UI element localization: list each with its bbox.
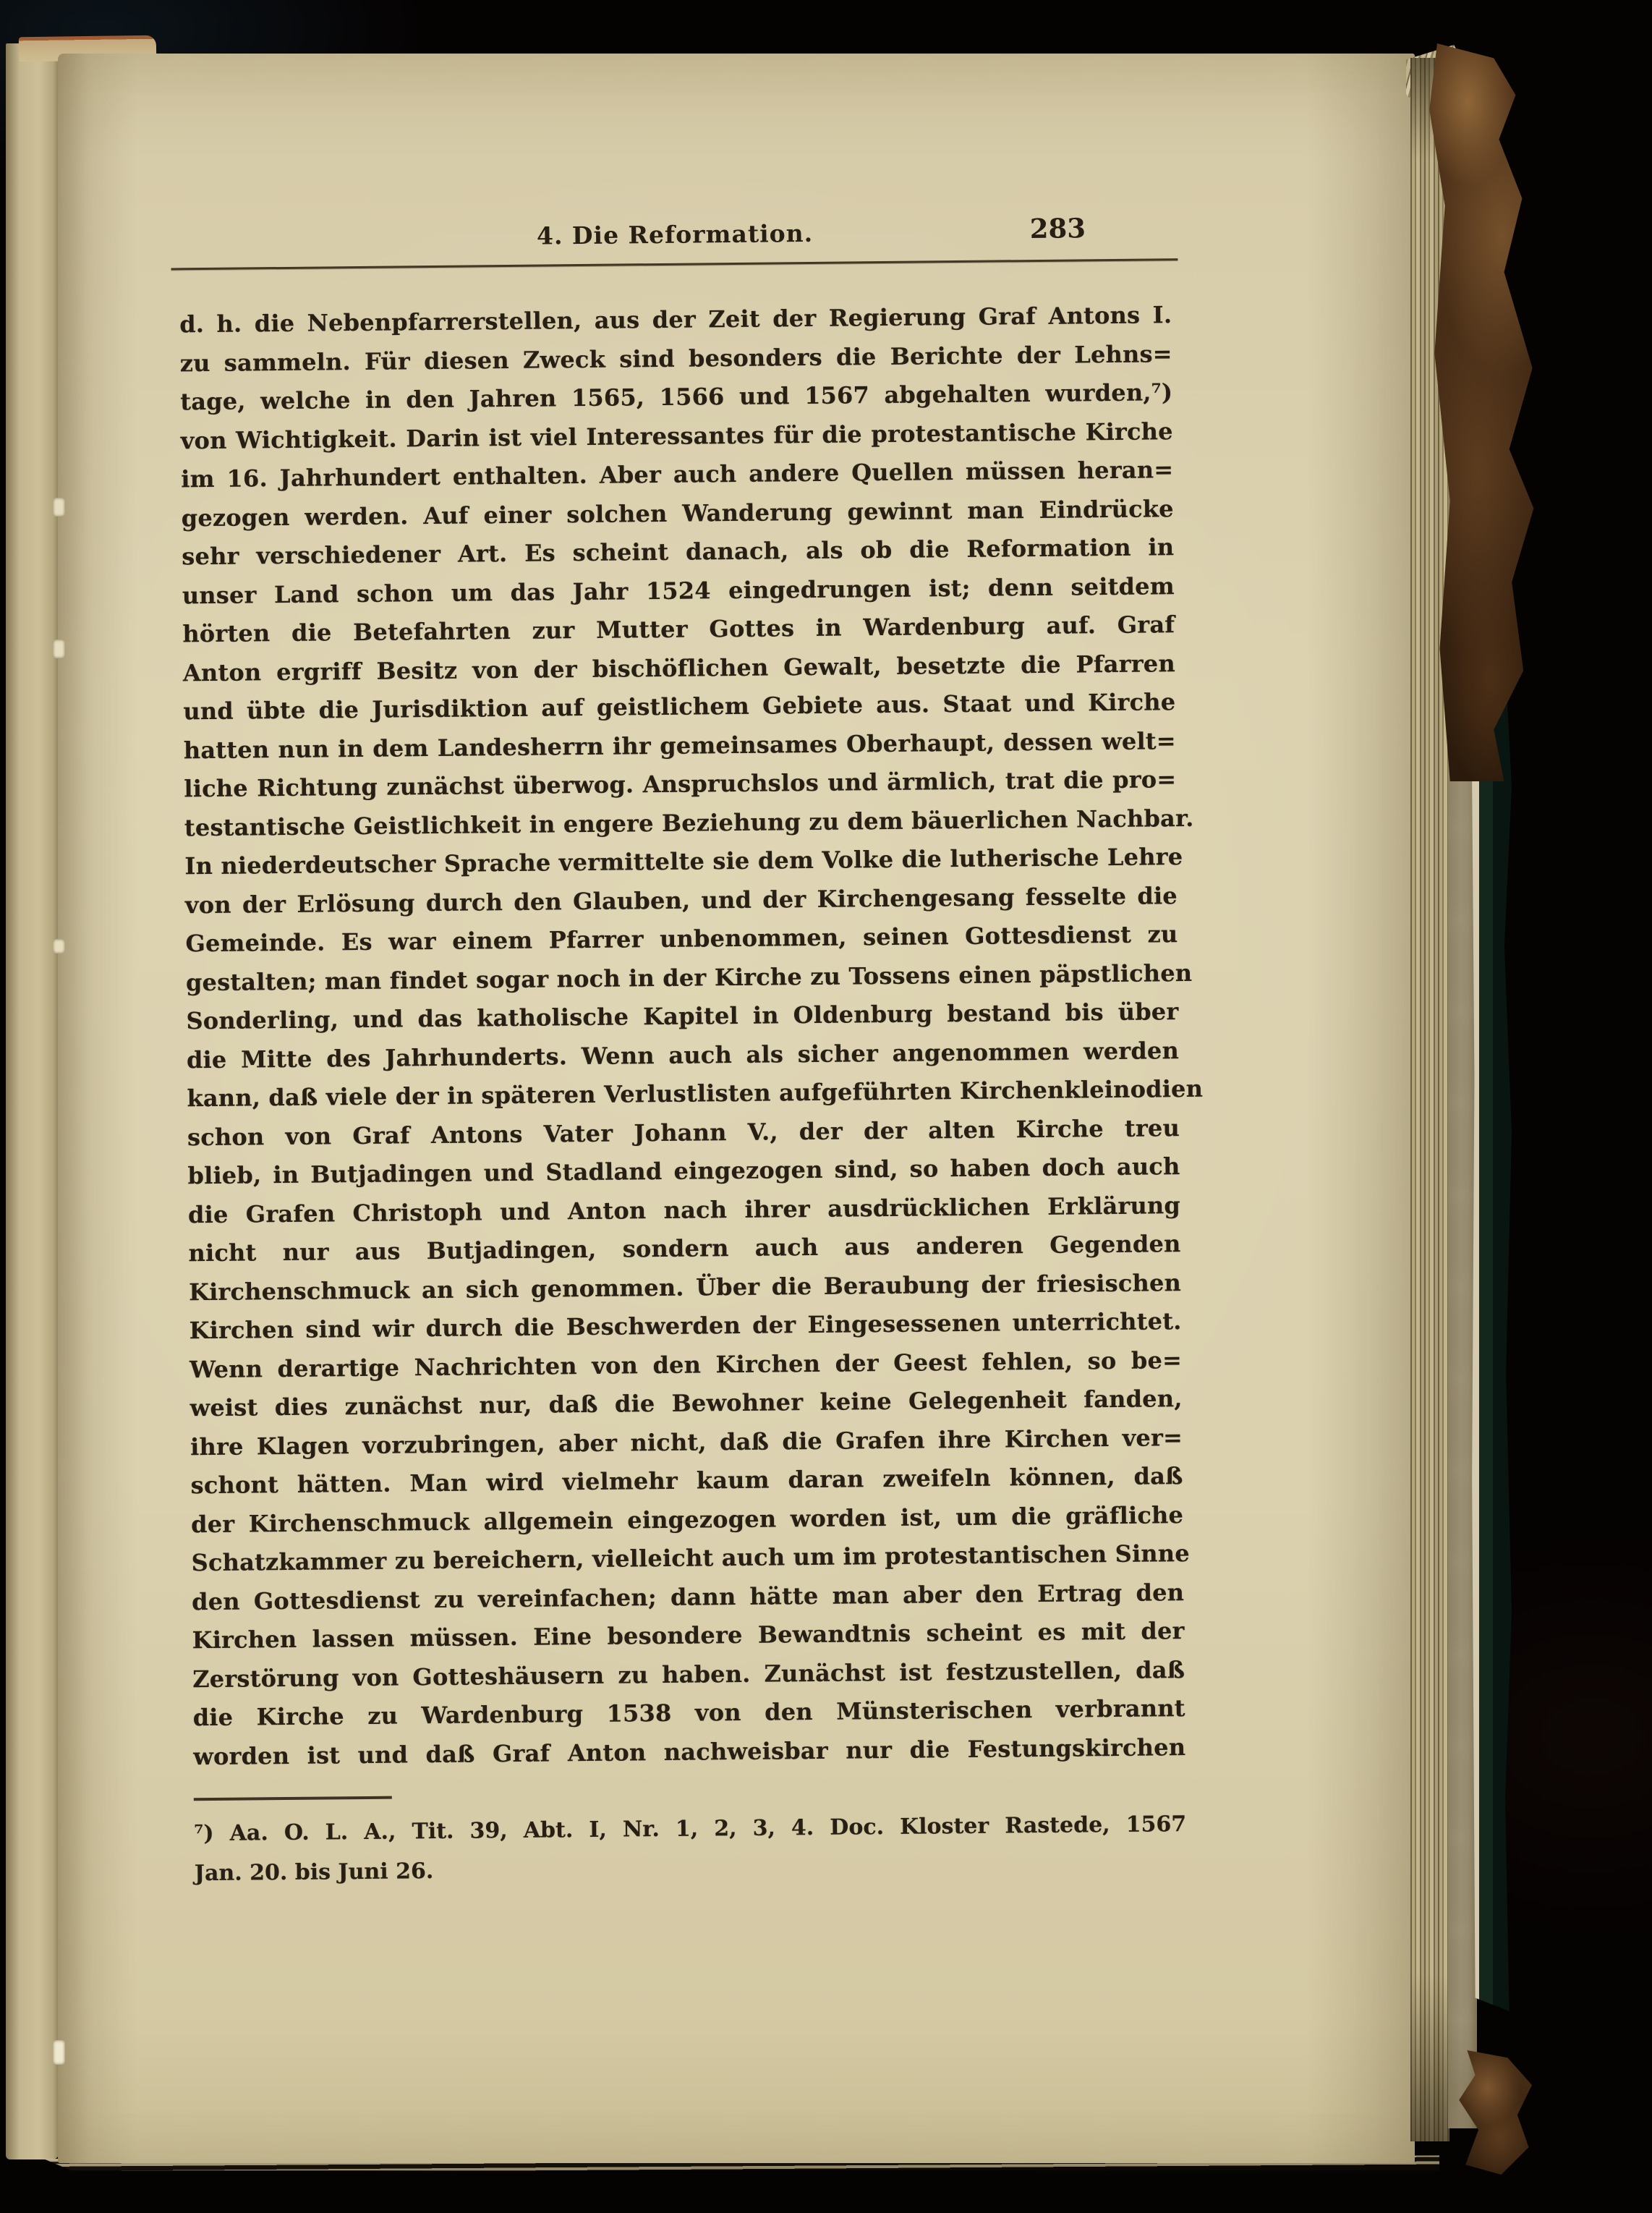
footnote-line: Jan. 20. bis Juni 26.: [195, 1844, 1187, 1893]
page-number: 283: [1030, 212, 1086, 245]
footnote: ⁷) Aa. O. L. A., Tit. 39, Abt. I, Nr. 1,…: [194, 1804, 1187, 1893]
running-head: 4. Die Reformation. 283: [179, 216, 1171, 257]
scanned-book-photo: 4. Die Reformation. 283 d. h. die Nebenp…: [0, 0, 1652, 2213]
binding-stitch: [53, 2040, 65, 2065]
footnote-separator-rule: [194, 1796, 392, 1801]
printed-content: 4. Die Reformation. 283 d. h. die Nebenp…: [49, 47, 1426, 2170]
body-text: d. h. die Nebenpfarrerstellen, aus der Z…: [179, 296, 1185, 1776]
chapter-running-title: 4. Die Reformation.: [179, 216, 1171, 253]
cover-edge-teal: [1471, 680, 1512, 2011]
book-page: 4. Die Reformation. 283 d. h. die Nebenp…: [58, 54, 1415, 2163]
header-rule: [171, 258, 1178, 270]
